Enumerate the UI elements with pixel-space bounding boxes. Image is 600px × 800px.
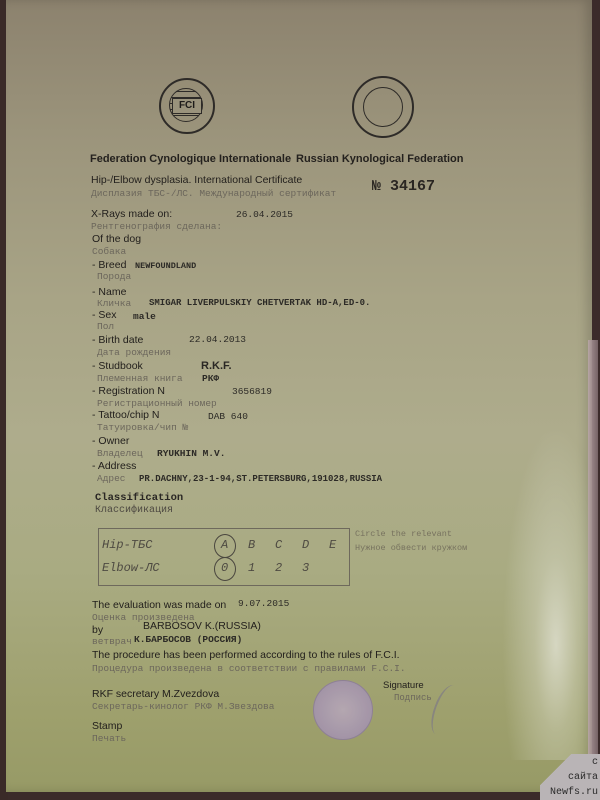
elbow-grade-3: 3 [302, 561, 309, 575]
owner-label-ru: Владелец [97, 448, 143, 459]
fci-org-name: Federation Cynologique Internationale [90, 153, 291, 165]
by-label-ru: ветврач [92, 636, 132, 647]
certificate-title-ru: Дисплазия ТБС-/ЛС. Международный сертифи… [91, 188, 336, 199]
vet-name-en: BARBOSOV K.(RUSSIA) [143, 620, 261, 632]
frame-edge [588, 340, 598, 800]
classification-title-ru: Классификация [95, 505, 173, 516]
certificate-title-en: Hip-/Elbow dysplasia. International Cert… [91, 174, 302, 186]
elbow-grade-1: 1 [248, 561, 255, 575]
signature-label-ru: Подпись [394, 693, 432, 703]
address-value: PR.DACHNY,23-1-94,ST.PETERSBURG,191028,R… [139, 474, 382, 484]
breed-value: NEWFOUNDLAND [135, 261, 196, 271]
dog-section-ru: Собака [92, 246, 126, 257]
tattoo-label-en: - Tattoo/chip N [92, 409, 160, 421]
studbook-label-en: - Studbook [92, 360, 143, 372]
signature-label-en: Signature [383, 680, 424, 691]
elbow-grade-2: 2 [275, 561, 282, 575]
secretary-en: RKF secretary M.Zvezdova [92, 688, 219, 700]
hip-label: Hip-ТБС [102, 538, 152, 552]
elbow-selected-circle [214, 557, 236, 581]
elbow-label: Elbow-ЛС [102, 561, 160, 575]
vet-name-ru: К.БАРБОСОВ (РОССИЯ) [134, 634, 242, 645]
hip-grade-D: D [302, 538, 309, 552]
registration-label-en: - Registration N [92, 385, 165, 397]
rkf-logo-icon [352, 76, 414, 138]
registration-label-ru: Регистрационный номер [97, 398, 217, 409]
signature-mark-icon [426, 682, 464, 738]
hip-grade-E: E [329, 538, 336, 552]
hip-grade-B: B [248, 538, 255, 552]
owner-label-en: - Owner [92, 435, 129, 447]
rkf-org-name: Russian Kynological Federation [296, 153, 463, 165]
studbook-value-ru: РКФ [202, 373, 219, 384]
tattoo-label-ru: Татуировка/чип № [97, 422, 188, 433]
certificate-number: № 34167 [372, 178, 435, 195]
evaluation-label-en: The evaluation was made on [92, 599, 226, 611]
studbook-label-ru: Племенная книга [97, 373, 183, 384]
procedure-text-ru: Процедура произведена в соответствии с п… [92, 663, 406, 674]
registration-value: 3656819 [232, 386, 272, 397]
xrays-label-en: X-Rays made on: [91, 208, 172, 220]
circle-note-ru: Нужное обвести кружком [355, 543, 467, 553]
stamp-label-ru: Печать [92, 733, 126, 744]
birth-date-label-ru: Дата рождения [97, 347, 171, 358]
evaluation-date: 9.07.2015 [238, 598, 289, 609]
circle-note-en: Circle the relevant [355, 529, 452, 539]
breed-label-en: - Breed [92, 259, 126, 271]
dog-section-en: Of the dog [92, 233, 141, 245]
by-label-en: by [92, 624, 103, 636]
address-label-en: - Address [92, 460, 136, 472]
name-label-en: - Name [92, 286, 126, 298]
owner-value: RYUKHIN M.V. [157, 448, 225, 459]
rkf-stamp-icon [313, 680, 373, 740]
dog-name-value: SMIGAR LIVERPULSKIY CHETVERTAK HD-A,ED-0… [149, 298, 370, 308]
certificate-paper: FCI Federation Cynologique International… [6, 0, 592, 792]
fci-logo-icon: FCI [159, 78, 215, 134]
sex-label-en: - Sex [92, 309, 117, 321]
breed-label-ru: Порода [97, 271, 131, 282]
birth-date-label-en: - Birth date [92, 334, 143, 346]
xrays-label-ru: Рентгенография сделана: [91, 221, 222, 232]
secretary-ru: Секретарь-кинолог РКФ М.Звездова [92, 701, 274, 712]
tattoo-value: DAB 640 [208, 411, 248, 422]
watermark: с сайта Newfs.ru [540, 754, 600, 800]
sex-value: male [133, 311, 156, 322]
stamp-label-en: Stamp [92, 720, 122, 732]
address-label-ru: Адрес [97, 473, 126, 484]
sex-label-ru: Пол [97, 321, 114, 332]
studbook-value-en: R.K.F. [201, 360, 232, 372]
hip-grade-C: C [275, 538, 282, 552]
name-label-ru: Кличка [97, 298, 131, 309]
procedure-text-en: The procedure has been performed accordi… [92, 649, 400, 661]
birth-date-value: 22.04.2013 [189, 334, 246, 345]
xrays-date: 26.04.2015 [236, 209, 293, 220]
classification-title-en: Classification [95, 492, 183, 504]
hip-selected-circle [214, 534, 236, 558]
